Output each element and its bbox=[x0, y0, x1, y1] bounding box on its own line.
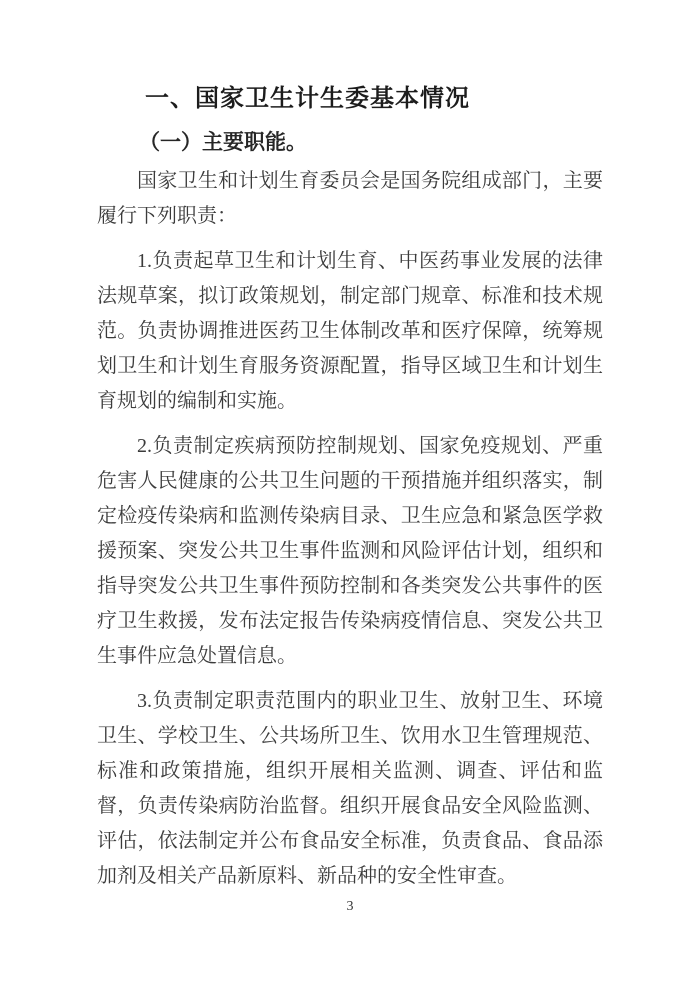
subsection-heading: （一）主要职能。 bbox=[97, 128, 603, 156]
document-content: 一、国家卫生计生委基本情况 （一）主要职能。 国家卫生和计划生育委员会是国务院组… bbox=[97, 84, 603, 904]
page-number: 3 bbox=[0, 898, 700, 916]
duty-paragraph-2: 2.负责制定疾病预防控制规划、国家免疫规划、严重危害人民健康的公共卫生问题的干预… bbox=[97, 429, 603, 674]
duty-paragraph-1: 1.负责起草卫生和计划生育、中医药事业发展的法律法规草案，拟订政策规划，制定部门… bbox=[97, 244, 603, 419]
intro-paragraph: 国家卫生和计划生育委员会是国务院组成部门，主要履行下列职责： bbox=[97, 164, 603, 234]
document-page: 一、国家卫生计生委基本情况 （一）主要职能。 国家卫生和计划生育委员会是国务院组… bbox=[0, 0, 700, 989]
section-heading: 一、国家卫生计生委基本情况 bbox=[97, 84, 603, 114]
duty-paragraph-3: 3.负责制定职责范围内的职业卫生、放射卫生、环境卫生、学校卫生、公共场所卫生、饮… bbox=[97, 684, 603, 894]
